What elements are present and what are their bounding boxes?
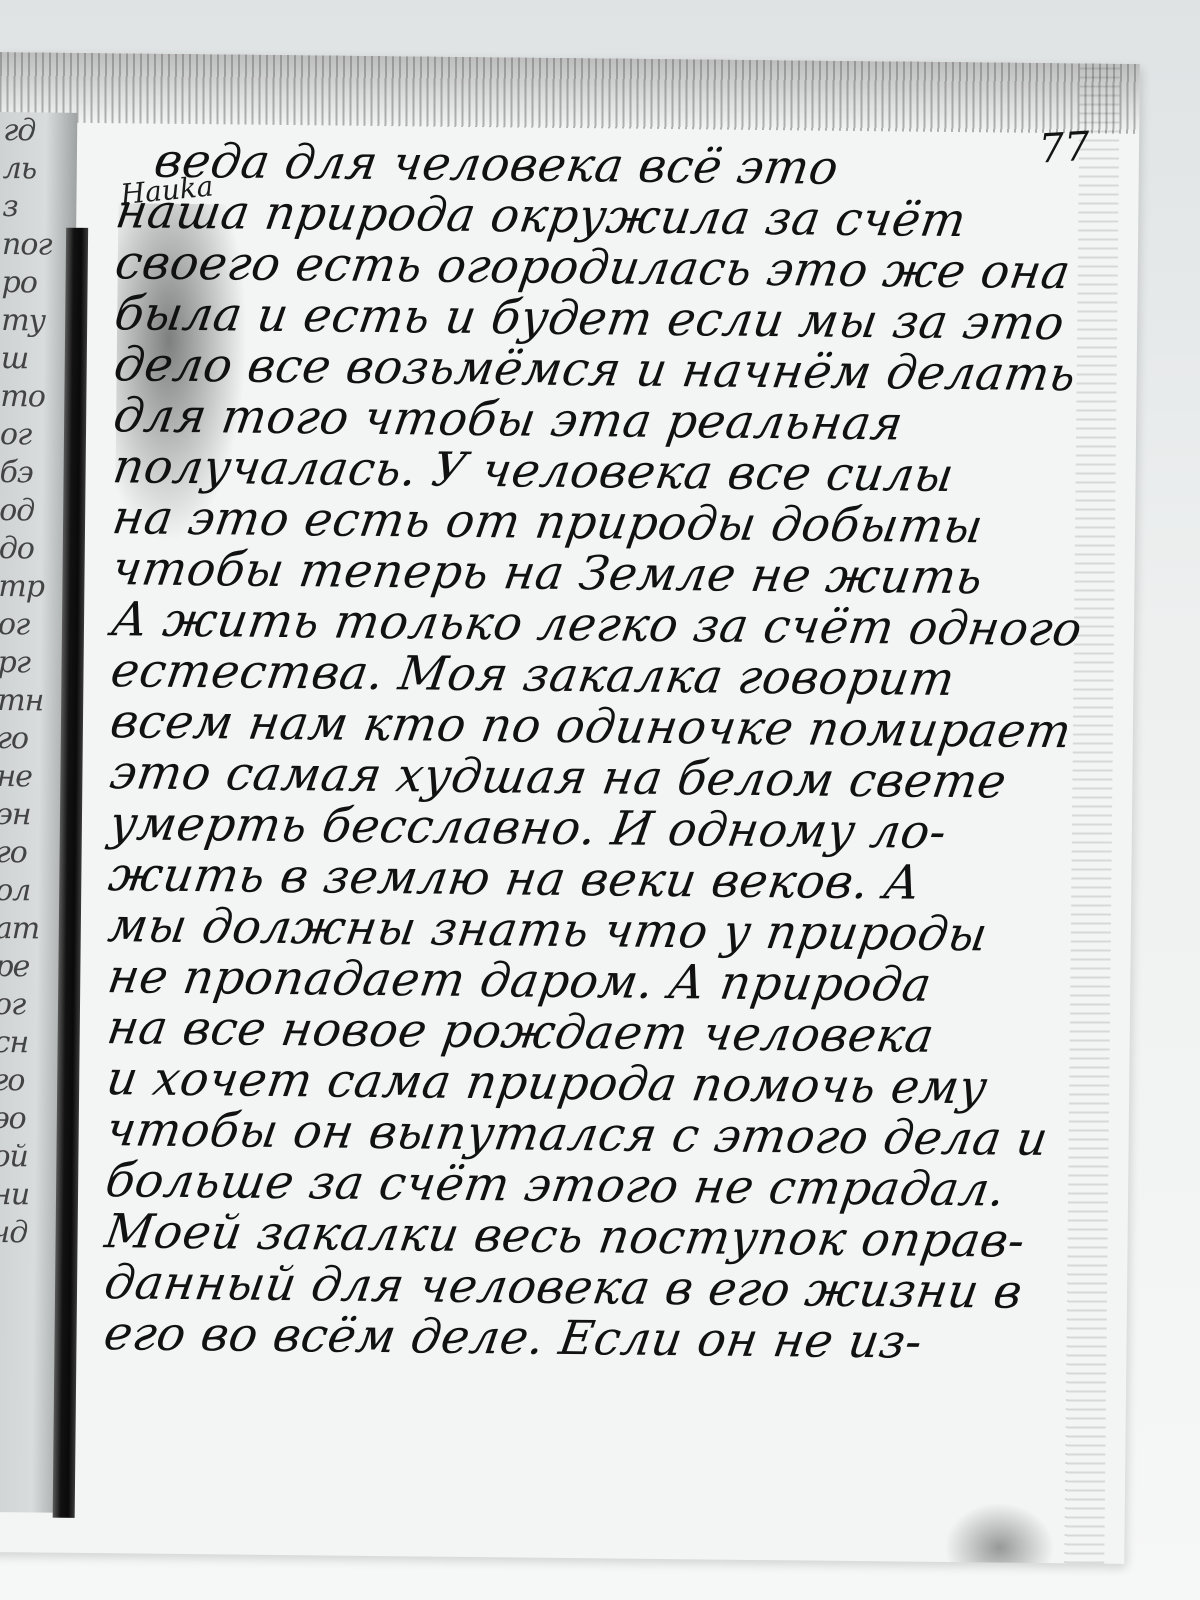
bleed-line: гд [0, 112, 77, 151]
bleed-line: ль [0, 150, 77, 189]
bleed-line: з [0, 188, 77, 227]
manuscript-sheet: гд ль з пог ро ту ш то ог бэ од до тр ог… [0, 52, 1140, 1564]
handwritten-text-block: веда для человека всё это наша природа о… [104, 135, 1077, 1369]
toner-smudge-corner [944, 1502, 1055, 1564]
bleed-line: ро [0, 264, 76, 303]
bleed-line: пог [0, 226, 76, 265]
manuscript-line: его во всём деле. Если он не из- [101, 1308, 1069, 1369]
